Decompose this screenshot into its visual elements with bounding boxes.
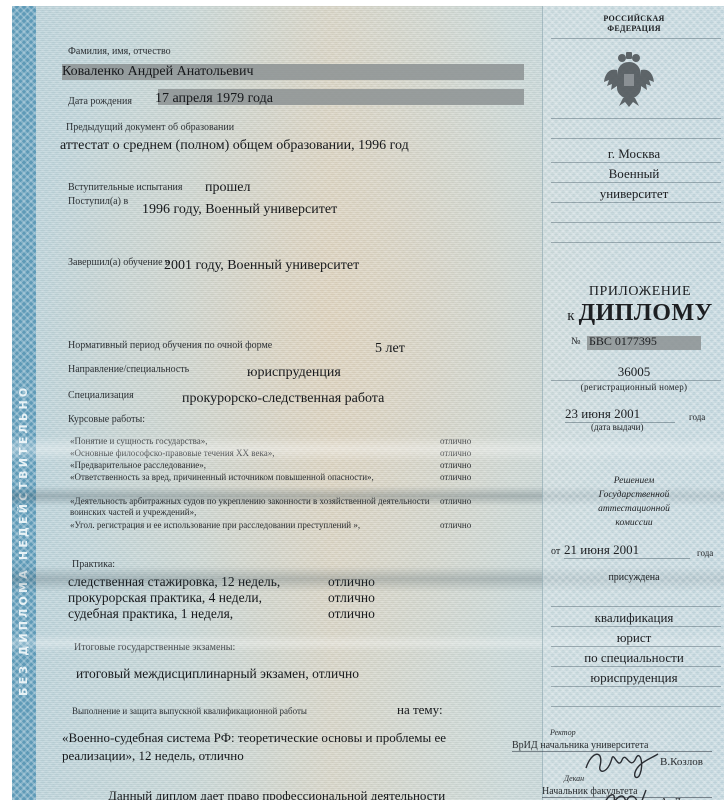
- title-line2-wrap: к ДИПЛОМУ: [549, 300, 724, 327]
- specialization-value: прокурорско-следственная работа: [182, 391, 384, 407]
- exams-label: Итоговые государственные экзамены:: [74, 642, 235, 653]
- reg-number-caption: (регистрационный номер): [543, 382, 724, 392]
- coursework-grade: отлично: [440, 436, 471, 446]
- thesis-label: Выполнение и защита выпускной квалификац…: [72, 706, 307, 716]
- number-sign: №: [571, 336, 581, 347]
- issue-year-word: года: [689, 412, 705, 422]
- entrance-label: Вступительные испытания: [68, 182, 183, 193]
- coursework-title: «Деятельность арбитражных судов по укреп…: [70, 496, 430, 518]
- institution-line2: университет: [543, 186, 724, 202]
- decision-line: Решением: [543, 476, 724, 486]
- coursework-grade: отлично: [440, 460, 471, 470]
- entrance-value: прошел: [205, 180, 250, 196]
- institution-line1: Военный: [543, 166, 724, 182]
- specialty-label: по специальности: [543, 650, 724, 666]
- enrolled-label: Поступил(а) в: [68, 196, 128, 207]
- coursework-grade: отлично: [440, 520, 471, 530]
- prev-doc-value: аттестат о среднем (полном) общем образо…: [60, 138, 409, 154]
- exams-value: итоговый междисциплинарный экзамен, отли…: [76, 666, 359, 682]
- period-value: 5 лет: [375, 341, 405, 357]
- direction-value: юриспруденция: [247, 365, 341, 381]
- specialization-label: Специализация: [68, 390, 134, 401]
- prev-doc-label: Предыдущий документ об образовании: [66, 122, 234, 133]
- country-line1: РОССИЙСКАЯ: [543, 14, 724, 23]
- coursework-title: «Основные философско-правовые течения XX…: [70, 448, 430, 459]
- enrolled-value: 1996 году, Военный университет: [142, 202, 337, 218]
- reg-number: 36005: [543, 364, 724, 380]
- rector-signature-icon: [582, 744, 662, 784]
- validity-stripe-text: БЕЗ ДИПЛОМА НЕДЕЙСТВИТЕЛЬНО: [18, 385, 30, 696]
- period-label: Нормативный период обучения по очной фор…: [68, 340, 272, 351]
- diploma-number: БВС 0177395: [589, 334, 657, 349]
- finished-label: Завершил(а) обучение в: [68, 257, 170, 268]
- city: г. Москва: [543, 146, 724, 162]
- decision-date: 21 июня 2001: [564, 542, 690, 559]
- fio-label: Фамилия, имя, отчество: [68, 46, 171, 57]
- coursework-grade: отлично: [440, 448, 471, 458]
- issue-date: 23 июня 2001: [565, 406, 675, 423]
- coursework-grade: отлично: [440, 472, 471, 482]
- decision-prefix: от: [551, 546, 560, 557]
- title-line2: ДИПЛОМУ: [579, 300, 713, 326]
- rector-caption: Ректор: [550, 728, 576, 737]
- finished-value: 2001 году, Военный университет: [164, 258, 359, 274]
- coursework-grade: отлично: [440, 496, 471, 506]
- rector-name: В.Козлов: [660, 756, 703, 768]
- specialty-value: юриспруденция: [543, 670, 724, 686]
- dean-signature-icon: [602, 788, 662, 800]
- coursework-title: «Понятие и сущность государства»,: [70, 436, 430, 447]
- practice-label: Практика:: [72, 559, 115, 570]
- birth-label: Дата рождения: [68, 96, 132, 107]
- decision-line: комиссии: [543, 518, 724, 528]
- awarded: присуждена: [543, 572, 724, 583]
- diploma-supplement-sheet: БЕЗ ДИПЛОМА НЕДЕЙСТВИТЕЛЬНО Фамилия, имя…: [12, 6, 724, 800]
- thesis-title-line2: реализации», 12 недель, отлично: [62, 748, 244, 764]
- coursework-label: Курсовые работы:: [68, 414, 145, 425]
- direction-label: Направление/специальность: [68, 364, 189, 375]
- qualification-value: юрист: [543, 630, 724, 646]
- practice-grade: отлично: [328, 590, 375, 606]
- dean-caption: Декан: [564, 774, 584, 783]
- fio-value: Коваленко Андрей Анатольевич: [62, 64, 254, 80]
- practice-title: судебная практика, 1 неделя,: [68, 606, 233, 622]
- birth-value: 17 апреля 1979 года: [155, 91, 273, 107]
- thesis-label-suffix: на тему:: [397, 702, 443, 718]
- qualification-label: квалификация: [543, 610, 724, 626]
- issue-date-caption: (дата выдачи): [591, 422, 643, 432]
- practice-title: прокурорская практика, 4 недели,: [68, 590, 262, 606]
- thesis-title-line1: «Военно-судебная система РФ: теоретическ…: [62, 730, 446, 746]
- decision-line: аттестационной: [543, 504, 724, 514]
- title-line1: ПРИЛОЖЕНИЕ: [549, 284, 724, 300]
- double-headed-eagle-icon: [603, 50, 655, 108]
- country-line2: ФЕДЕРАЦИЯ: [543, 24, 724, 33]
- coursework-title: «Угол. регистрация и ее использование пр…: [70, 520, 430, 531]
- coursework-title: «Ответственность за вред, причиненный ис…: [70, 472, 430, 483]
- decision-year-word: года: [697, 548, 713, 558]
- footer-text: Данный диплом дает право профессионально…: [108, 788, 445, 800]
- coursework-title: «Предварительное расследование»,: [70, 460, 430, 471]
- practice-grade: отлично: [328, 574, 375, 590]
- title-prefix: к: [567, 308, 574, 324]
- practice-title: следственная стажировка, 12 недель,: [68, 574, 280, 590]
- practice-grade: отлично: [328, 606, 375, 622]
- decision-line: Государственной: [543, 490, 724, 500]
- right-panel: РОССИЙСКАЯ ФЕДЕРАЦИЯ г. Москва Военный у…: [542, 6, 724, 800]
- dean-name: А. Давиденко: [660, 796, 724, 800]
